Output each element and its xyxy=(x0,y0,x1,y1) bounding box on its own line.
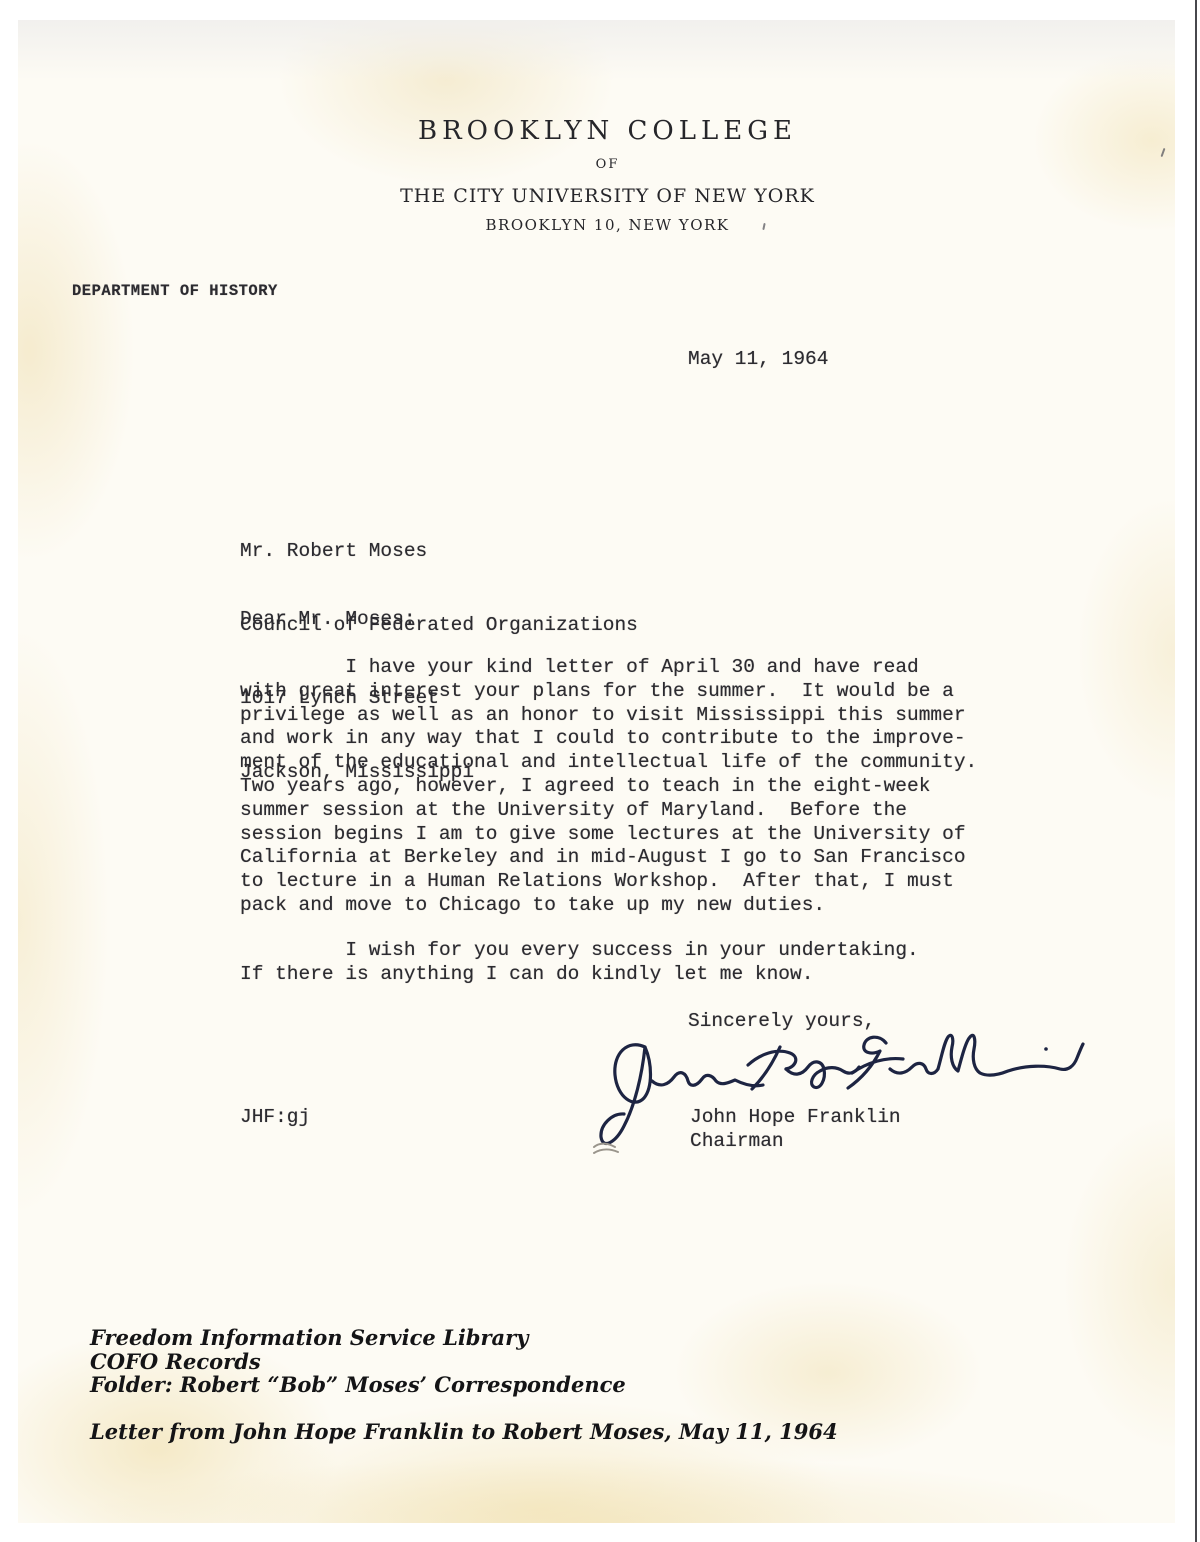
letterhead-address: BROOKLYN 10, NEW YORK xyxy=(40,216,1175,235)
handwritten-signature xyxy=(590,1025,1090,1160)
salutation: Dear Mr. Moses: xyxy=(240,608,416,630)
signature-stroke-h xyxy=(748,1047,796,1089)
archive-annotation: Freedom Information Service Library COFO… xyxy=(90,1326,626,1397)
letterhead-university-name: THE CITY UNIVERSITY OF NEW YORK xyxy=(40,184,1175,208)
signature-stroke-john xyxy=(601,1045,651,1144)
letter-date: May 11, 1964 xyxy=(688,348,828,370)
recipient-name: Mr. Robert Moses xyxy=(240,539,638,564)
sender-typed-name: John Hope Franklin xyxy=(690,1106,901,1128)
archive-line-records: COFO Records xyxy=(90,1350,626,1374)
body-paragraph-1: I have your kind letter of April 30 and … xyxy=(240,656,1020,918)
scanned-letter-page: BROOKLYN COLLEGE OF THE CITY UNIVERSITY … xyxy=(0,0,1200,1542)
signature-i-dot xyxy=(1044,1047,1048,1051)
archive-line-folder: Folder: Robert “Bob” Moses’ Corresponden… xyxy=(90,1373,626,1397)
signature-stroke-ranklin xyxy=(890,1035,1083,1075)
archive-line-library: Freedom Information Service Library xyxy=(90,1326,626,1350)
letterhead-of: OF xyxy=(40,157,1175,173)
sender-title: Chairman xyxy=(690,1130,784,1152)
letterhead-college-name: BROOKLYN COLLEGE xyxy=(40,116,1175,146)
reference-initials: JHF:gj xyxy=(240,1106,310,1128)
document-caption: Letter from John Hope Franklin to Robert… xyxy=(90,1419,838,1444)
letterhead: BROOKLYN COLLEGE OF THE CITY UNIVERSITY … xyxy=(40,116,1175,235)
letter-paper: BROOKLYN COLLEGE OF THE CITY UNIVERSITY … xyxy=(18,20,1175,1523)
scanner-edge-line xyxy=(1195,0,1197,1542)
signature-stroke-f xyxy=(848,1037,903,1088)
signature-stroke-ohn xyxy=(652,1073,763,1086)
signature-stroke-ope xyxy=(786,1062,859,1088)
department-name: DEPARTMENT OF HISTORY xyxy=(72,282,278,300)
body-paragraph-2: I wish for you every success in your und… xyxy=(240,939,1020,987)
